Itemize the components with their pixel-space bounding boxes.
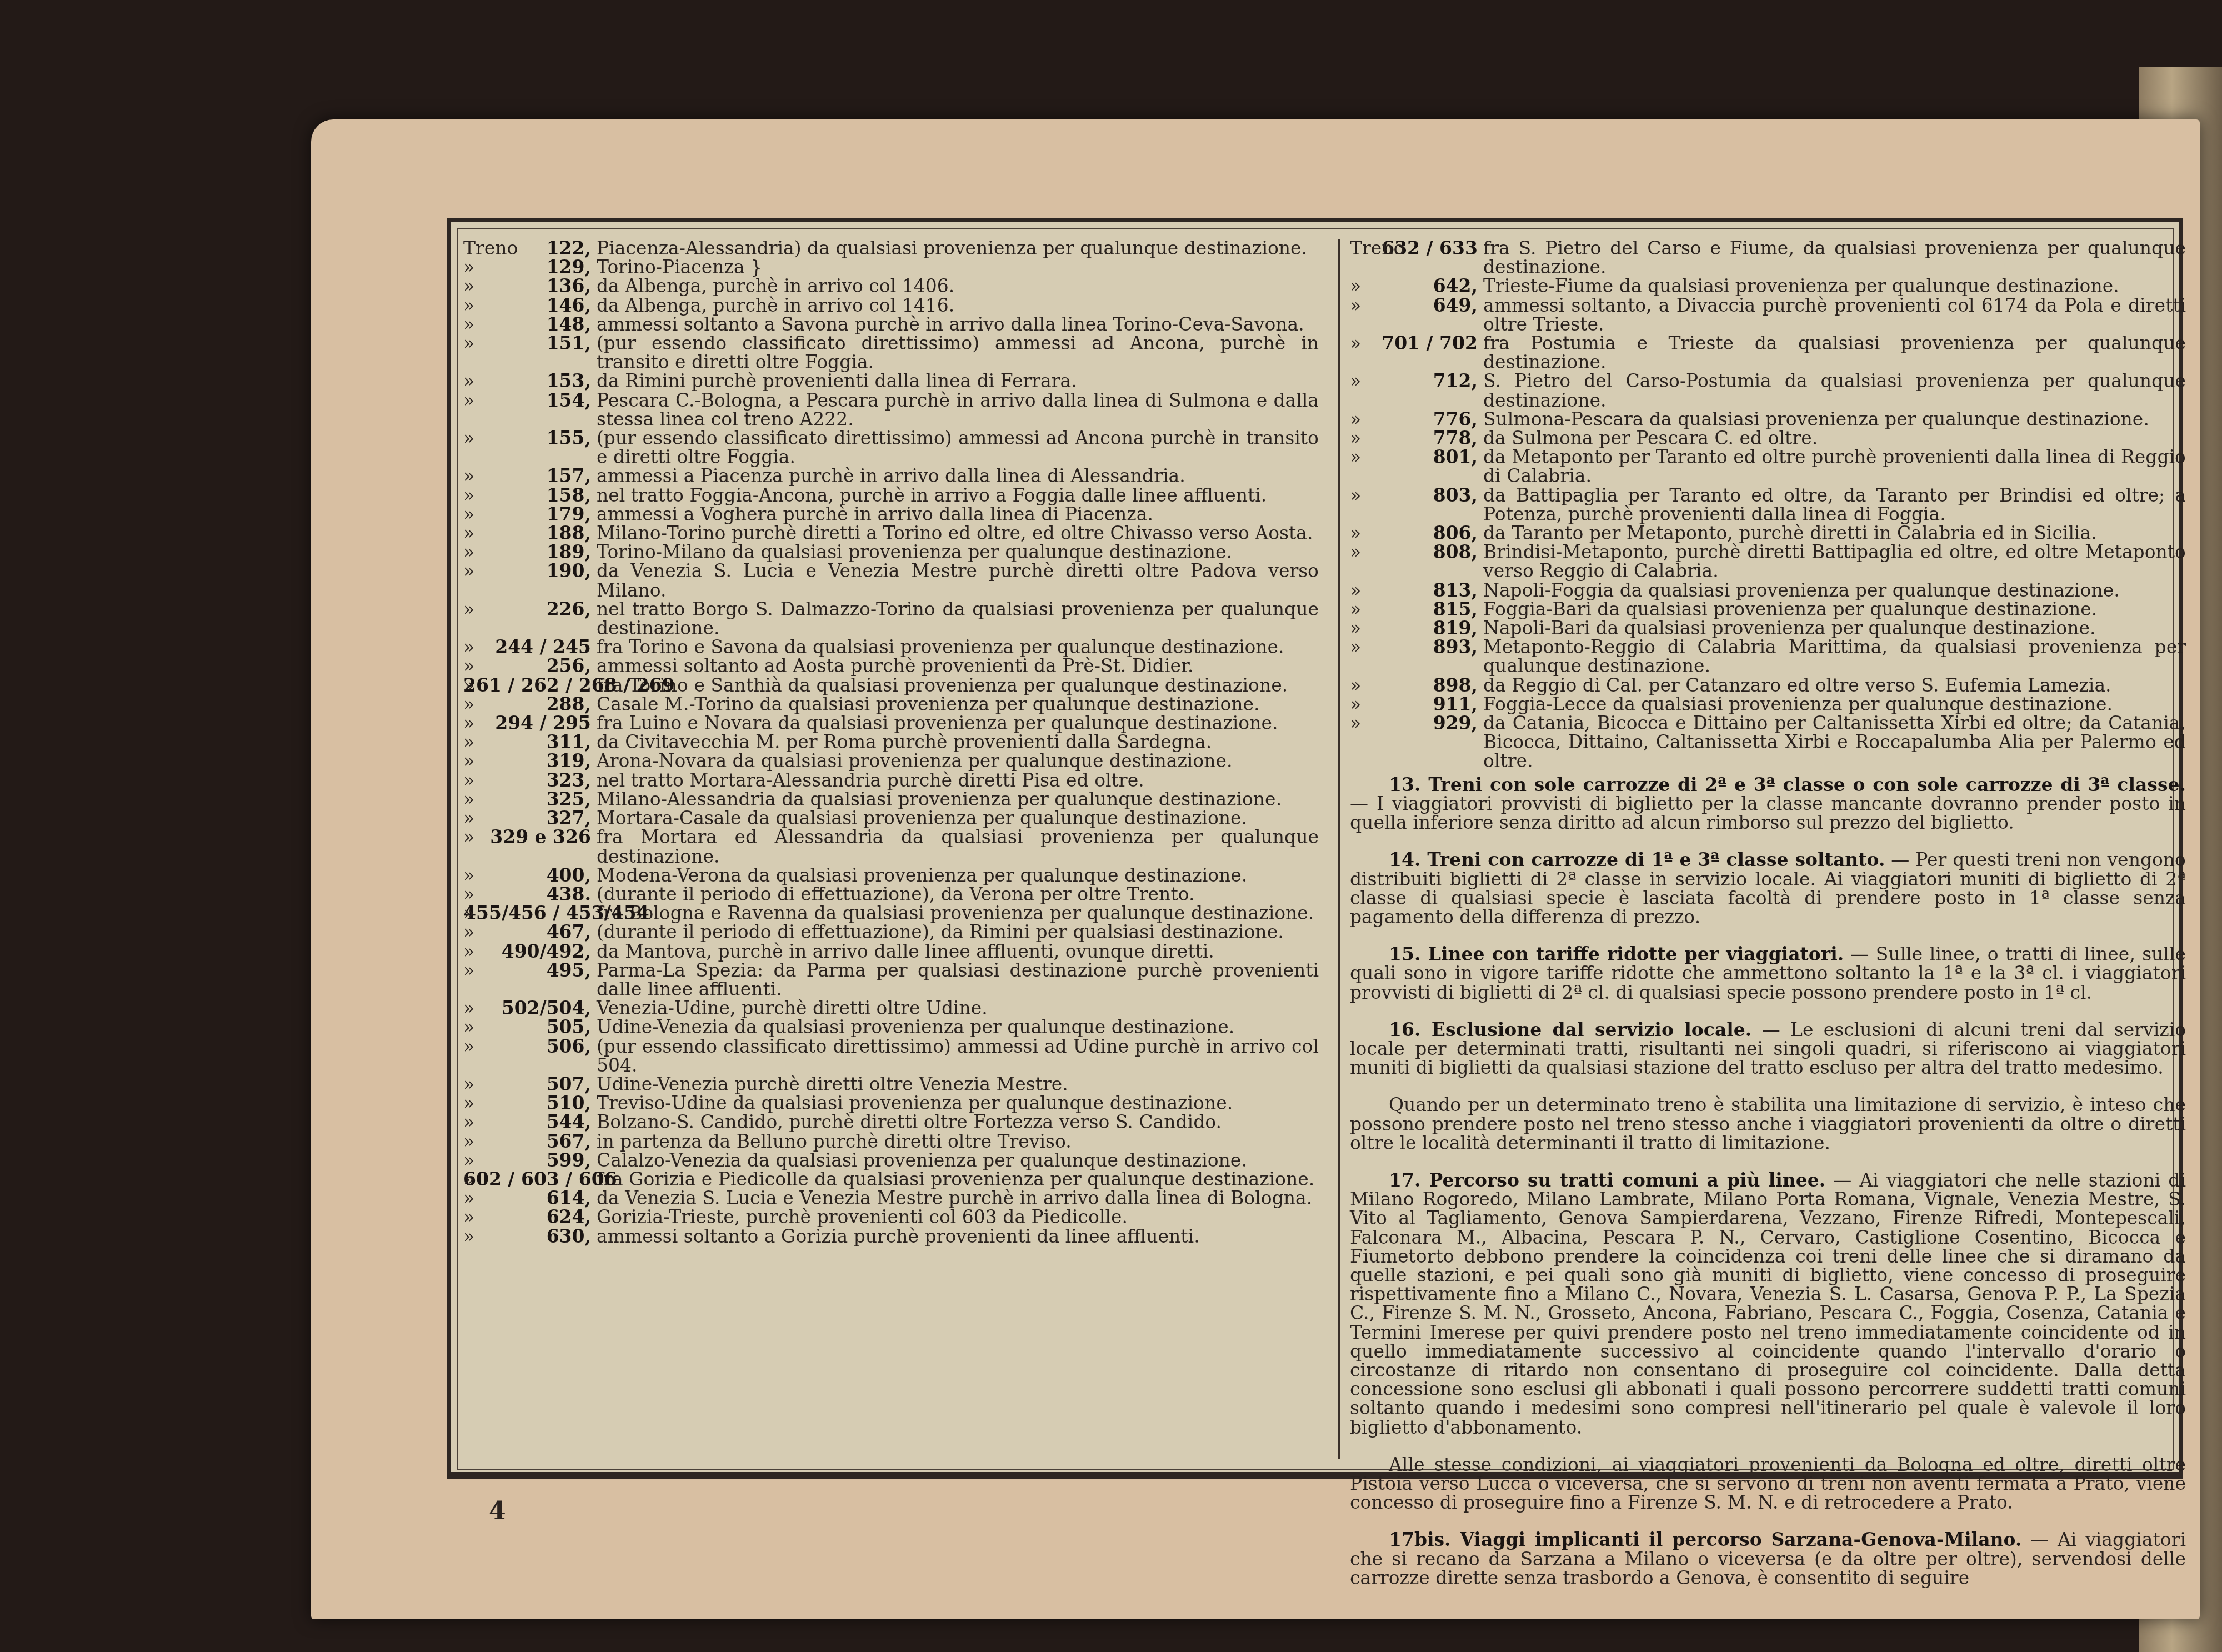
train-entry: »190,da Venezia S. Lucia e Venezia Mestr…: [463, 562, 1319, 599]
train-entry: »815,Foggia-Bari da qualsiasi provenienz…: [1350, 600, 2186, 619]
train-entry: »438.(durante il periodo di effettuazion…: [463, 885, 1319, 904]
train-entry: »455/456 / 453/454fra Bologna e Ravenna …: [463, 904, 1319, 923]
train-entry: »893,Metaponto-Reggio di Calabria Maritt…: [1350, 638, 2186, 675]
section-14: 14. Treni con carrozze di 1ª e 3ª classe…: [1350, 850, 2186, 927]
train-entry: »898,da Reggio di Cal. per Catanzaro ed …: [1350, 676, 2186, 695]
train-entry: »157,ammessi a Piacenza purchè in arrivo…: [463, 467, 1319, 485]
train-entry: »129,Torino-Piacenza }: [463, 258, 1319, 277]
train-entry: »323,nel tratto Mortara-Alessandria purc…: [463, 771, 1319, 790]
section-17: 17. Percorso su tratti comuni a più line…: [1350, 1171, 2186, 1437]
train-entry: »319,Arona-Novara da qualsiasi provenien…: [463, 752, 1319, 770]
train-entry: »155,(pur essendo classificato direttiss…: [463, 429, 1319, 467]
train-entry: »136,da Albenga, purchè in arrivo col 14…: [463, 277, 1319, 296]
train-entry: »712,S. Pietro del Carso-Postumia da qua…: [1350, 372, 2186, 409]
train-entry: »502/504,Venezia-Udine, purchè diretti o…: [463, 999, 1319, 1018]
train-entry: »701 / 702fra Postumia e Trieste da qual…: [1350, 334, 2186, 372]
train-entry: »495,Parma-La Spezia: da Parma per quals…: [463, 961, 1319, 999]
train-entry: »567,in partenza da Belluno purchè diret…: [463, 1132, 1319, 1151]
train-entry: »602 / 603 / 606fra Gorizia e Piedicolle…: [463, 1170, 1319, 1189]
train-entry: »642,Trieste-Fiume da qualsiasi provenie…: [1350, 277, 2186, 296]
section-13: 13. Treni con sole carrozze di 2ª e 3ª c…: [1350, 775, 2186, 833]
bottom-rule-divider: [447, 1472, 2183, 1475]
train-entry: »226,nel tratto Borgo S. Dalmazzo-Torino…: [463, 600, 1319, 638]
train-entry: »311,da Civitavecchia M. per Roma purchè…: [463, 733, 1319, 752]
train-entry: »806,da Taranto per Metaponto, purchè di…: [1350, 524, 2186, 543]
train-entry: »294 / 295fra Luino e Novara da qualsias…: [463, 714, 1319, 733]
train-entry: »179,ammessi a Voghera purchè in arrivo …: [463, 505, 1319, 524]
train-entry: »244 / 245fra Torino e Savona da qualsia…: [463, 638, 1319, 657]
section-15: 15. Linee con tariffe ridotte per viaggi…: [1350, 945, 2186, 1002]
train-entry: »148,ammessi soltanto a Savona purchè in…: [463, 315, 1319, 334]
section-16: 16. Esclusione dal servizio locale. — Le…: [1350, 1020, 2186, 1078]
train-entry: »776,Sulmona-Pescara da qualsiasi proven…: [1350, 410, 2186, 429]
train-entry: »153,da Rimini purchè provenienti dalla …: [463, 372, 1319, 391]
train-entry: »819,Napoli-Bari da qualsiasi provenienz…: [1350, 619, 2186, 638]
train-entry: »803,da Battipaglia per Taranto ed oltre…: [1350, 486, 2186, 524]
train-entry: »325,Milano-Alessandria da qualsiasi pro…: [463, 790, 1319, 809]
train-entry: »929,da Catania, Bicocca e Dittaino per …: [1350, 714, 2186, 771]
train-entry: »808,Brindisi-Metaponto, purchè diretti …: [1350, 543, 2186, 580]
train-entry: »510,Treviso-Udine da qualsiasi provenie…: [463, 1094, 1319, 1113]
train-entry: »151,(pur essendo classificato direttiss…: [463, 334, 1319, 372]
train-entry: »801,da Metaponto per Taranto ed oltre p…: [1350, 448, 2186, 485]
section-16-continued: Quando per un determinato treno è stabil…: [1350, 1095, 2186, 1153]
train-entry: »189,Torino-Milano da qualsiasi provenie…: [463, 543, 1319, 562]
left-column: Treno122,Piacenza-Alessandria) da qualsi…: [463, 239, 1319, 1459]
train-entry: »154,Pescara C.-Bologna, a Pescara purch…: [463, 391, 1319, 429]
train-entry: »490/492,da Mantova, purchè in arrivo da…: [463, 942, 1319, 961]
train-entry: »158,nel tratto Foggia-Ancona, purchè in…: [463, 486, 1319, 505]
train-entry: »188,Milano-Torino purchè diretti a Tori…: [463, 524, 1319, 543]
right-column: Treno632 / 633fra S. Pietro del Carso e …: [1338, 239, 2186, 1459]
train-entry: »630,ammessi soltanto a Gorizia purchè p…: [463, 1227, 1319, 1246]
train-entry: »329 e 326fra Mortara ed Alessandria da …: [463, 828, 1319, 865]
train-entry: Treno122,Piacenza-Alessandria) da qualsi…: [463, 239, 1319, 258]
section-17-continued: Alle stesse condizioni, ai viaggiatori p…: [1350, 1455, 2186, 1513]
train-entry: »911,Foggia-Lecce da qualsiasi provenien…: [1350, 695, 2186, 714]
train-entry: »778,da Sulmona per Pescara C. ed oltre.: [1350, 429, 2186, 448]
train-entry: »544,Bolzano-S. Candido, purchè diretti …: [463, 1113, 1319, 1132]
train-entry: »507,Udine-Venezia purchè diretti oltre …: [463, 1075, 1319, 1094]
text-frame: Treno122,Piacenza-Alessandria) da qualsi…: [447, 218, 2183, 1479]
train-entry: »614,da Venezia S. Lucia e Venezia Mestr…: [463, 1189, 1319, 1208]
train-entry: Treno632 / 633fra S. Pietro del Carso e …: [1350, 239, 2186, 277]
section-17bis: 17bis. Viaggi implicanti il percorso Sar…: [1350, 1530, 2186, 1588]
train-entry: »813,Napoli-Foggia da qualsiasi provenie…: [1350, 581, 2186, 600]
train-entry: »506,(pur essendo classificato direttiss…: [463, 1037, 1319, 1075]
train-entry: »327,Mortara-Casale da qualsiasi proveni…: [463, 809, 1319, 828]
train-entry: »624,Gorizia-Trieste, purchè provenienti…: [463, 1208, 1319, 1227]
train-entry: »649,ammessi soltanto, a Divaccia purchè…: [1350, 296, 2186, 334]
train-entry: »467,(durante il periodo di effettuazion…: [463, 923, 1319, 942]
train-entry: »400,Modena-Verona da qualsiasi provenie…: [463, 866, 1319, 885]
train-entry: »288,Casale M.-Torino da qualsiasi prove…: [463, 695, 1319, 714]
page-number: 4: [489, 1497, 506, 1525]
train-entry: »599,Calalzo-Venezia da qualsiasi proven…: [463, 1151, 1319, 1170]
train-entry: »146,da Albenga, purchè in arrivo col 14…: [463, 296, 1319, 315]
train-entry: »505,Udine-Venezia da qualsiasi provenie…: [463, 1018, 1319, 1037]
train-entry: »256,ammessi soltanto ad Aosta purchè pr…: [463, 657, 1319, 675]
train-entry: »261 / 262 / 268 / 269fra Torino e Santh…: [463, 676, 1319, 695]
